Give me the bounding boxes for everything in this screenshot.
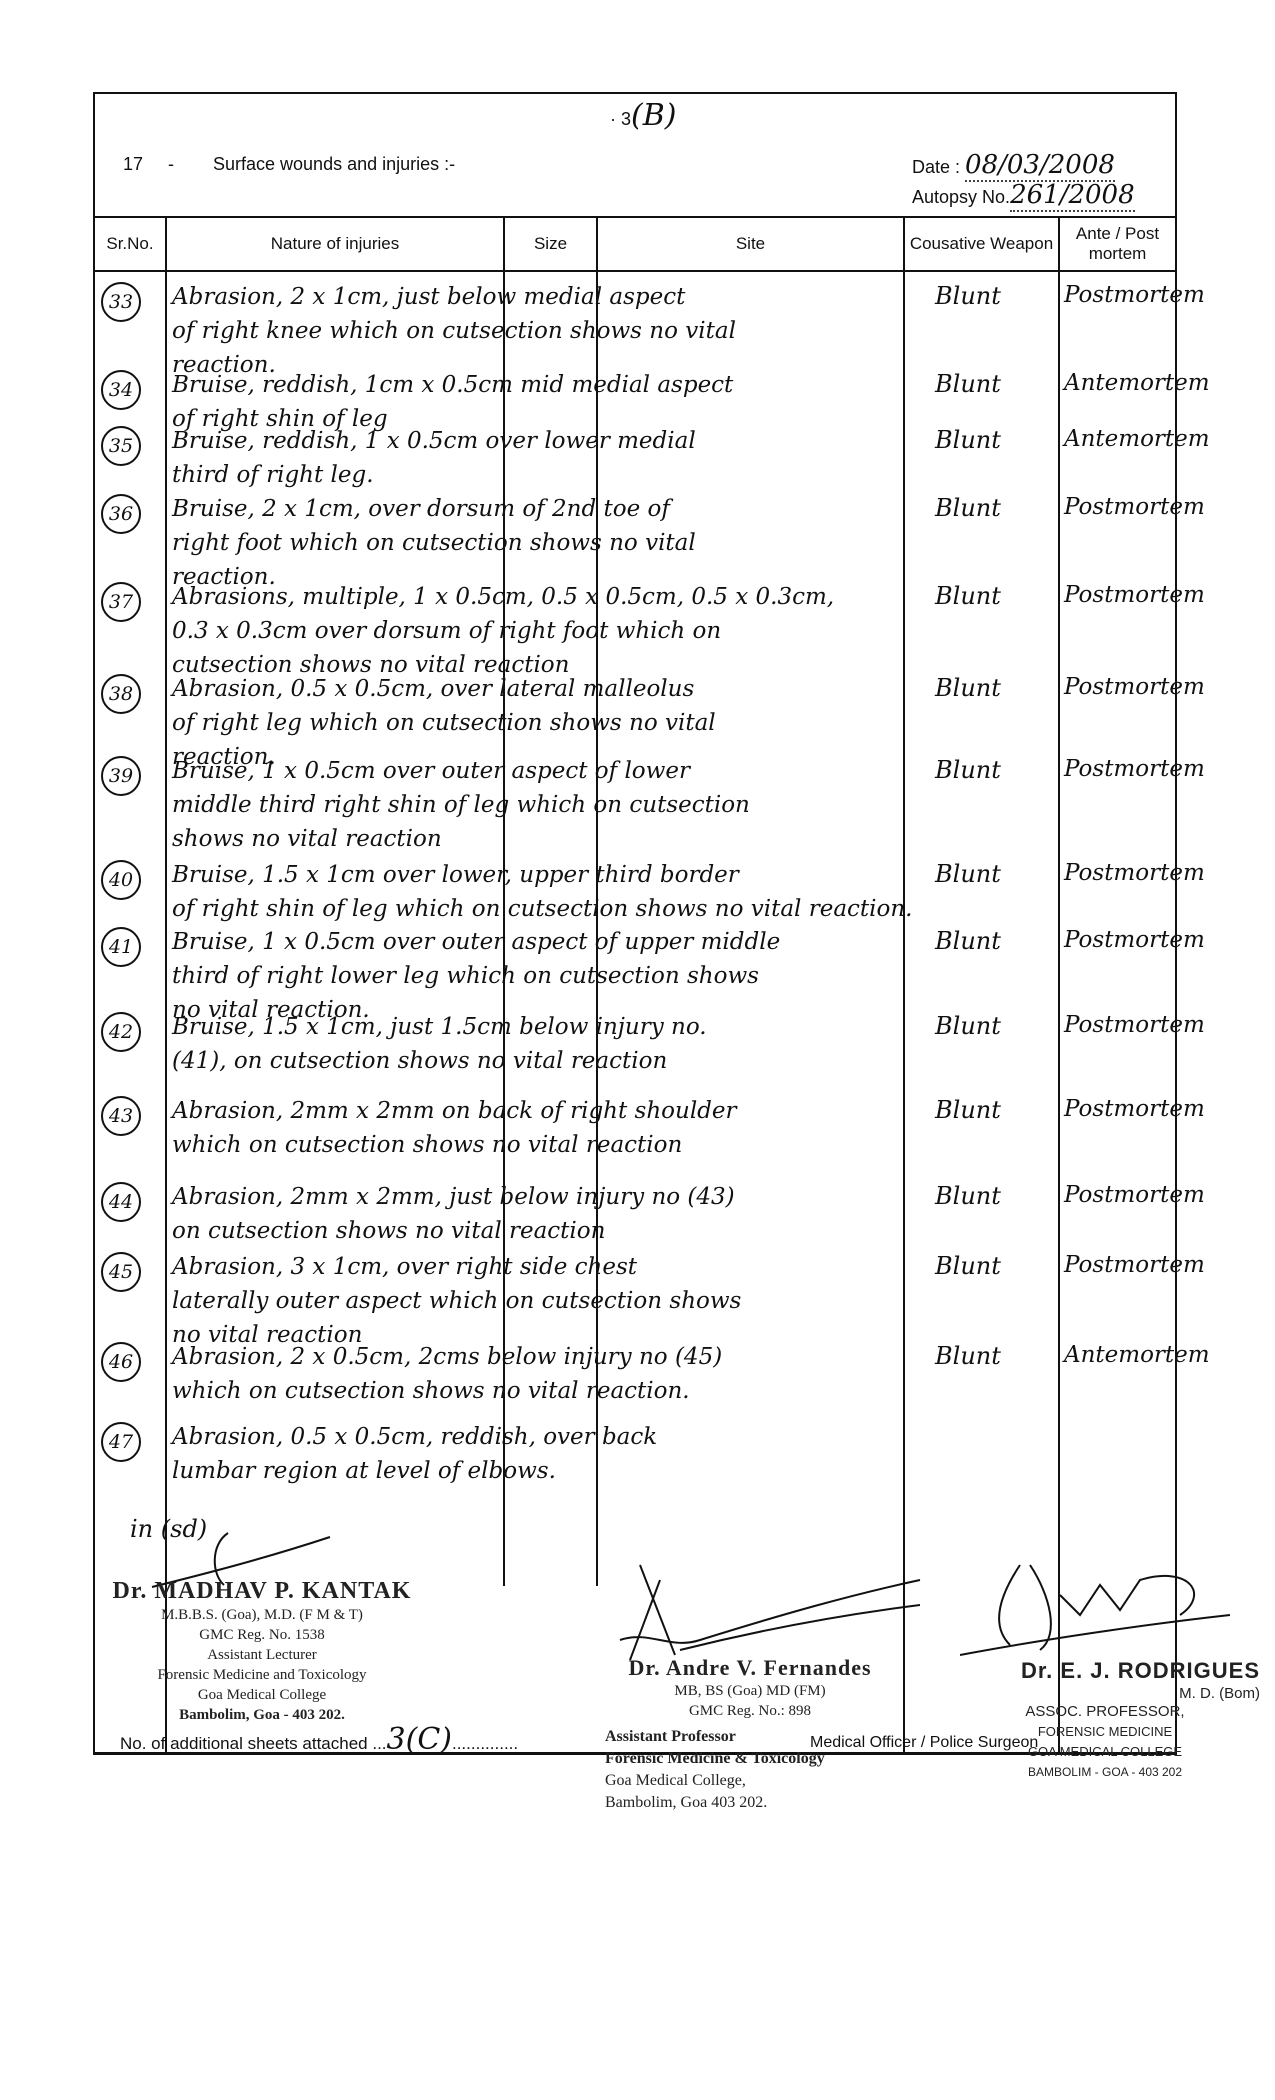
causative-weapon: Blunt [935,927,1025,955]
injury-description-line: on cutsection shows no vital reaction [172,1214,902,1248]
additional-sheets-field: No. of additional sheets attached ...3(C… [120,1722,518,1757]
serial-number: 37 [101,582,141,622]
injury-description: Bruise, 1.5 x 1cm over lower, upper thir… [172,858,902,926]
signatory-department: Forensic Medicine & Toxicology [605,1748,825,1770]
injury-description-line: (41), on cutsection shows no vital react… [172,1044,902,1078]
section-title-text: Surface wounds and injuries :- [213,154,455,174]
date-field: Date : 08/03/2008 [912,150,1115,182]
signatory-department: Forensic Medicine and Toxicology [92,1665,432,1685]
signatory-qualification: M. D. (Bom) [960,1684,1260,1704]
ante-post-mortem: Antemortem [1064,426,1264,452]
signatory-name: Dr. Andre V. Fernandes [600,1655,900,1681]
section-number: 17 [123,154,168,175]
injury-description-line: Bruise, 2 x 1cm, over dorsum of 2nd toe … [172,492,902,526]
column-header-divider [93,270,1177,272]
causative-weapon: Blunt [935,494,1025,522]
signatory-designation: Assistant Lecturer [92,1645,432,1665]
serial-number: 42 [101,1012,141,1052]
serial-number: 34 [101,370,141,410]
causative-weapon: Blunt [935,1342,1025,1370]
signatory-name: Dr. MADHAV P. KANTAK [92,1578,432,1605]
causative-weapon: Blunt [935,370,1025,398]
injury-description-line: Abrasion, 0.5 x 0.5cm, over lateral mall… [172,672,902,706]
autopsy-field: Autopsy No.261/2008 [912,180,1135,212]
stamp-fernandes-address: Assistant Professor Forensic Medicine & … [605,1726,825,1814]
signatory-name: Dr. E. J. RODRIGUES [960,1658,1260,1684]
signatory-qualification: M.B.B.S. (Goa), M.D. (F M & T) [92,1605,432,1625]
injury-description-line: right foot which on cutsection shows no … [172,526,902,560]
causative-weapon: Blunt [935,426,1025,454]
injury-description: Abrasion, 2 x 0.5cm, 2cms below injury n… [172,1340,902,1408]
signatory-qualification: MB, BS (Goa) MD (FM) [600,1681,900,1701]
causative-weapon: Blunt [935,1182,1025,1210]
ante-post-mortem: Postmortem [1064,674,1264,700]
col-header-mortem: Ante / Post mortem [1060,218,1175,270]
stamp-fernandes: Dr. Andre V. Fernandes MB, BS (Goa) MD (… [600,1655,900,1721]
signatory-reg-no: GMC Reg. No. 1538 [92,1625,432,1645]
injury-description-line: Bruise, 1 x 0.5cm over outer aspect of u… [172,925,902,959]
signatory-institution: Goa Medical College, [605,1770,825,1792]
injury-description-line: which on cutsection shows no vital react… [172,1128,902,1162]
injury-description-line: Abrasion, 3 x 1cm, over right side chest [172,1250,902,1284]
ante-post-mortem: Postmortem [1064,1252,1264,1278]
serial-number: 47 [101,1422,141,1462]
section-title: 17-Surface wounds and injuries :- [123,154,455,175]
injury-description-line: 0.3 x 0.3cm over dorsum of right foot wh… [172,614,902,648]
causative-weapon: Blunt [935,1096,1025,1124]
injury-description-line: which on cutsection shows no vital react… [172,1374,902,1408]
col-header-size: Size [505,218,596,270]
serial-number: 39 [101,756,141,796]
injury-description-line: third of right lower leg which on cutsec… [172,959,902,993]
additional-sheets-label: No. of additional sheets attached [120,1734,368,1753]
autopsy-label: Autopsy No. [912,187,1010,207]
causative-weapon: Blunt [935,282,1025,310]
signatory-designation: ASSOC. PROFESSOR, [985,1702,1225,1722]
ante-post-mortem: Postmortem [1064,927,1264,953]
date-label: Date : [912,157,960,177]
injury-description-line: Bruise, 1 x 0.5cm over outer aspect of l… [172,754,902,788]
injury-description: Bruise, 1.5 x 1cm, just 1.5cm below inju… [172,1010,902,1078]
causative-weapon: Blunt [935,860,1025,888]
injury-description-line: Bruise, reddish, 1cm x 0.5cm mid medial … [172,368,902,402]
autopsy-value: 261/2008 [1010,180,1135,212]
col-header-site: Site [598,218,903,270]
injury-description: Abrasion, 2 x 1cm, just below medial asp… [172,280,902,382]
ante-post-mortem: Postmortem [1064,1182,1264,1208]
ante-post-mortem: Postmortem [1064,1012,1264,1038]
ante-post-mortem: Postmortem [1064,1096,1264,1122]
serial-number: 41 [101,927,141,967]
injury-description-line: Abrasion, 2mm x 2mm, just below injury n… [172,1180,902,1214]
serial-number: 44 [101,1182,141,1222]
causative-weapon: Blunt [935,582,1025,610]
stamp-kantak: Dr. MADHAV P. KANTAK M.B.B.S. (Goa), M.D… [92,1578,432,1725]
injury-description-line: Abrasion, 0.5 x 0.5cm, reddish, over bac… [172,1420,902,1454]
injury-description-line: third of right leg. [172,458,902,492]
serial-number: 46 [101,1342,141,1382]
injury-description: Bruise, 1 x 0.5cm over outer aspect of l… [172,754,902,856]
col-header-nature: Nature of injuries [167,218,503,270]
causative-weapon: Blunt [935,1252,1025,1280]
injury-description-line: of right shin of leg which on cutsection… [172,892,902,926]
date-value: 08/03/2008 [965,150,1115,182]
col-divider-weapon [1058,216,1060,1752]
additional-sheets-value: 3(C) [387,1722,452,1757]
col-divider-site [903,216,905,1752]
injury-description-line: Abrasion, 2 x 1cm, just below medial asp… [172,280,902,314]
injury-description-line: lumbar region at level of elbows. [172,1454,902,1488]
injury-description: Abrasion, 3 x 1cm, over right side chest… [172,1250,902,1352]
signatory-address: BAMBOLIM - GOA - 403 202 [985,1762,1225,1782]
ante-post-mortem: Antemortem [1064,1342,1264,1368]
signatory-institution: Goa Medical College [92,1685,432,1705]
stamp-rodrigues: Dr. E. J. RODRIGUES M. D. (Bom) [960,1658,1260,1704]
causative-weapon: Blunt [935,674,1025,702]
col-header-weapon: Cousative Weapon [905,218,1058,270]
injury-description-line: Bruise, 1.5 x 1cm over lower, upper thir… [172,858,902,892]
ante-post-mortem: Postmortem [1064,282,1264,308]
injury-description-line: of right knee which on cutsection shows … [172,314,902,348]
injury-description-line: Bruise, 1.5 x 1cm, just 1.5cm below inju… [172,1010,902,1044]
signatory-reg-no: GMC Reg. No.: 898 [600,1701,900,1721]
serial-number: 43 [101,1096,141,1136]
serial-number: 45 [101,1252,141,1292]
ante-post-mortem: Postmortem [1064,582,1264,608]
injury-description: Abrasion, 2mm x 2mm, just below injury n… [172,1180,902,1248]
serial-number: 33 [101,282,141,322]
signatory-address: Bambolim, Goa 403 202. [605,1792,825,1814]
injury-description-line: Bruise, reddish, 1 x 0.5cm over lower me… [172,424,902,458]
injury-description-line: shows no vital reaction [172,822,902,856]
signatory-designation: Assistant Professor [605,1726,825,1748]
col-header-srno: Sr.No. [95,218,165,270]
causative-weapon: Blunt [935,1012,1025,1040]
injury-description-line: middle third right shin of leg which on … [172,788,902,822]
injury-description: Abrasions, multiple, 1 x 0.5cm, 0.5 x 0.… [172,580,902,682]
causative-weapon: Blunt [935,756,1025,784]
section-separator: - [168,154,213,175]
serial-number: 36 [101,494,141,534]
signature-fernandes [600,1560,930,1670]
signature-rodrigues [960,1555,1240,1665]
ante-post-mortem: Antemortem [1064,370,1264,396]
injury-description-line: Abrasion, 2mm x 2mm on back of right sho… [172,1094,902,1128]
injury-description: Bruise, reddish, 1 x 0.5cm over lower me… [172,424,902,492]
serial-number: 40 [101,860,141,900]
serial-number: 38 [101,674,141,714]
injury-description-line: of right leg which on cutsection shows n… [172,706,902,740]
ante-post-mortem: Postmortem [1064,860,1264,886]
serial-number: 35 [101,426,141,466]
injury-description-line: Abrasions, multiple, 1 x 0.5cm, 0.5 x 0.… [172,580,902,614]
injury-description-line: laterally outer aspect which on cutsecti… [172,1284,902,1318]
ante-post-mortem: Postmortem [1064,756,1264,782]
injury-description-line: Abrasion, 2 x 0.5cm, 2cms below injury n… [172,1340,902,1374]
ante-post-mortem: Postmortem [1064,494,1264,520]
injury-description: Abrasion, 0.5 x 0.5cm, reddish, over bac… [172,1420,902,1488]
injury-description: Bruise, 2 x 1cm, over dorsum of 2nd toe … [172,492,902,594]
injury-description: Abrasion, 2mm x 2mm on back of right sho… [172,1094,902,1162]
officer-label: Medical Officer / Police Surgeon [810,1734,1038,1752]
